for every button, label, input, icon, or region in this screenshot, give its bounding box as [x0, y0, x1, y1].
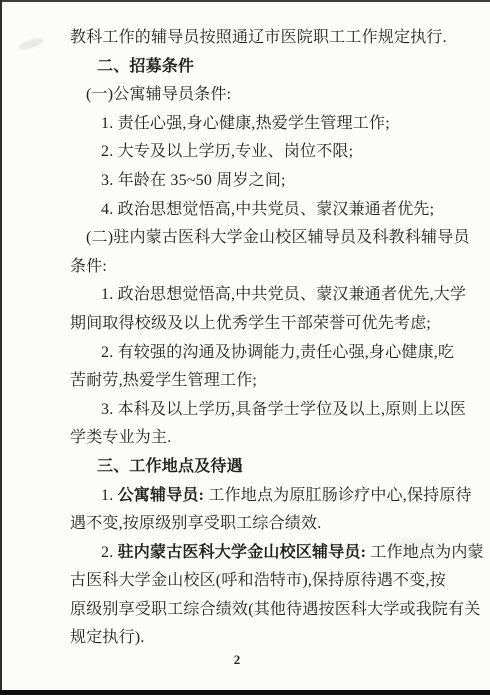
page-number: 2	[0, 652, 482, 668]
text-segment: 期间取得校级及以上优秀学生干部荣誉可优先考虑;	[70, 315, 431, 332]
text-line: 教科工作的辅导员按照通辽市医院职工工作规定执行.	[70, 24, 446, 53]
text-segment: 2.	[101, 544, 118, 561]
text-segment: 1. 政治思想觉悟高,中共党员、蒙汉兼通者优先,大学	[101, 286, 466, 303]
text-segment: 条件:	[70, 258, 107, 275]
text-segment: 教科工作的辅导员按照通辽市医院职工工作规定执行.	[70, 29, 447, 46]
text-segment: 3. 本科及以上学历,具备学士学位及以上,原则上以医	[101, 401, 466, 418]
text-segment: (一)公寓辅导员条件:	[86, 86, 231, 103]
text-line: (一)公寓辅导员条件:	[86, 81, 446, 110]
text-segment: 3. 年龄在 35~50 周岁之间;	[101, 172, 286, 189]
text-segment: 学类专业为主.	[70, 429, 171, 446]
text-segment: 驻内蒙古医科大学金山校区辅导员:	[118, 544, 367, 561]
text-line: 规定执行).	[70, 624, 446, 653]
text-segment: 古医科大学金山校区(呼和浩特市),保持原待遇不变,按	[70, 572, 446, 589]
text-segment: (二)驻内蒙古医科大学金山校区辅导员及科教科辅导员	[86, 229, 470, 246]
text-segment: 公寓辅导员:	[118, 487, 205, 504]
text-segment: 工作地点为内蒙	[366, 544, 484, 561]
text-segment: 工作地点为原肛肠诊疗中心,保持原待	[204, 487, 472, 504]
scan-edge-bottom	[0, 690, 490, 695]
scanned-document-page: 教科工作的辅导员按照通辽市医院职工工作规定执行.二、招募条件(一)公寓辅导员条件…	[0, 0, 490, 695]
text-line: 2. 有较强的沟通及协调能力,责任心强,身心健康,吃	[101, 339, 446, 368]
text-line: 1. 责任心强,身心健康,热爱学生管理工作;	[101, 110, 446, 139]
text-segment: 2. 有较强的沟通及协调能力,责任心强,身心健康,吃	[101, 344, 454, 361]
text-line: 3. 年龄在 35~50 周岁之间;	[101, 167, 446, 196]
document-body: 教科工作的辅导员按照通辽市医院职工工作规定执行.二、招募条件(一)公寓辅导员条件…	[0, 0, 490, 653]
text-segment: 苦耐劳,热爱学生管理工作;	[70, 372, 257, 389]
text-line: 1. 公寓辅导员: 工作地点为原肛肠诊疗中心,保持原待	[101, 482, 446, 511]
text-segment: 2. 大专及以上学历,专业、岗位不限;	[101, 143, 353, 160]
text-line: 原级别享受职工综合绩效(其他待遇按医科大学或我院有关	[70, 596, 446, 625]
text-line: 二、招募条件	[97, 53, 446, 82]
text-line: 学类专业为主.	[70, 424, 446, 453]
text-line: 3. 本科及以上学历,具备学士学位及以上,原则上以医	[101, 396, 446, 425]
text-segment: 4. 政治思想觉悟高,中共党员、蒙汉兼通者优先;	[101, 201, 434, 218]
text-line: (二)驻内蒙古医科大学金山校区辅导员及科教科辅导员	[86, 224, 446, 253]
text-segment: 三、工作地点及待遇	[97, 458, 243, 475]
text-segment: 原级别享受职工综合绩效(其他待遇按医科大学或我院有关	[70, 601, 481, 618]
text-line: 2. 大专及以上学历,专业、岗位不限;	[101, 138, 446, 167]
text-line: 2. 驻内蒙古医科大学金山校区辅导员: 工作地点为内蒙	[101, 539, 446, 568]
text-line: 1. 政治思想觉悟高,中共党员、蒙汉兼通者优先,大学	[101, 281, 446, 310]
text-segment: 1. 责任心强,身心健康,热爱学生管理工作;	[101, 115, 390, 132]
text-segment: 二、招募条件	[97, 58, 194, 75]
text-line: 古医科大学金山校区(呼和浩特市),保持原待遇不变,按	[70, 567, 446, 596]
text-line: 苦耐劳,热爱学生管理工作;	[70, 367, 446, 396]
text-segment: 1.	[101, 487, 118, 504]
text-line: 4. 政治思想觉悟高,中共党员、蒙汉兼通者优先;	[101, 196, 446, 225]
text-line: 条件:	[70, 253, 446, 282]
text-segment: 规定执行).	[70, 629, 145, 646]
text-line: 遇不变,按原级别享受职工综合绩效.	[70, 510, 446, 539]
text-line: 三、工作地点及待遇	[97, 453, 446, 482]
text-line: 期间取得校级及以上优秀学生干部荣誉可优先考虑;	[70, 310, 446, 339]
text-segment: 遇不变,按原级别享受职工综合绩效.	[70, 515, 321, 532]
